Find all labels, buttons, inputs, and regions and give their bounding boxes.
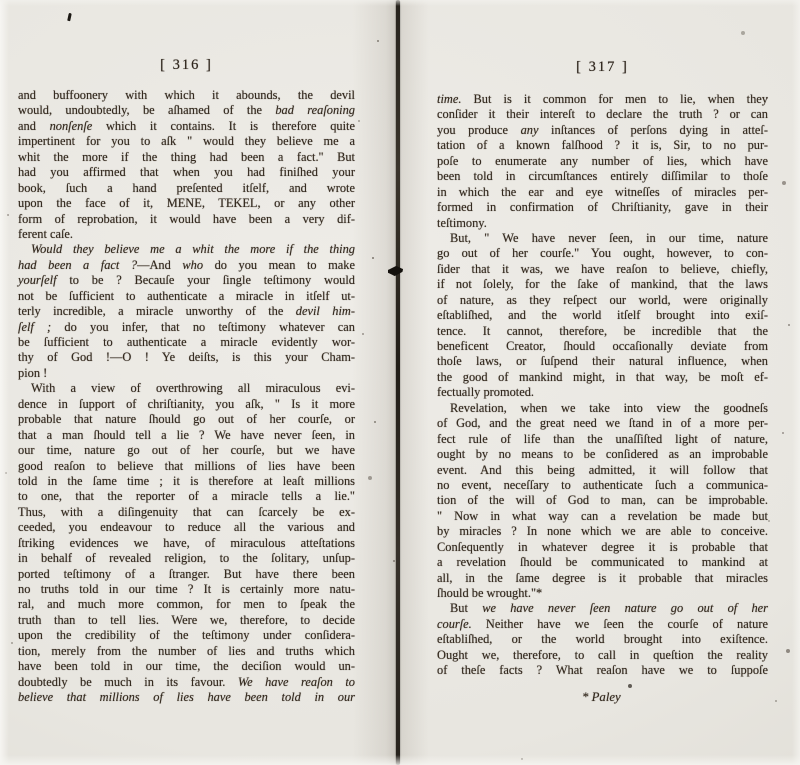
text-segment: to be ? Becauſe your ſingle teſtimony wo… bbox=[57, 273, 355, 287]
text-line: upon the credibility of the teſtimony un… bbox=[18, 628, 355, 643]
text-segment: fectually promoted. bbox=[437, 385, 534, 399]
text-line: poſe to enumerate any number of lies, wh… bbox=[437, 154, 768, 169]
italic-text-segment: we have never ſeen nature go out of her bbox=[482, 601, 768, 615]
text-line: tion, merely from the number of lies and… bbox=[18, 644, 355, 659]
text-segment: conſider it their intereſt to declare th… bbox=[437, 107, 768, 121]
text-line: tion of the will of God to man, can be i… bbox=[437, 493, 768, 508]
text-segment: ſhould be wrought."* bbox=[437, 586, 542, 600]
text-segment: truth than to tell lies. Were we, theref… bbox=[18, 613, 355, 627]
text-segment: ral, and much more common, for men to ſp… bbox=[18, 597, 355, 611]
text-segment: tence. It cannot, therefore, be incredib… bbox=[437, 324, 768, 338]
text-line: Ought we, therefore, to call in queſtion… bbox=[437, 648, 768, 663]
text-segment: ferent caſe. bbox=[18, 227, 73, 241]
scan-edge-right bbox=[792, 0, 800, 765]
text-segment: ought by no means to be conſidered as an… bbox=[437, 447, 768, 461]
text-line: upon the face of it, MENE, TEKEL, or any… bbox=[18, 196, 355, 211]
italic-text-segment: courſe. bbox=[437, 617, 472, 631]
text-segment: But bbox=[450, 601, 482, 615]
text-line: fectually promoted. bbox=[437, 385, 768, 400]
text-line: teſtimony. bbox=[437, 216, 768, 231]
text-line: in behalf of revealed religion, to the ſ… bbox=[18, 551, 355, 566]
text-line: have been told in our time, the deciſion… bbox=[18, 659, 355, 674]
text-line: Conſequently in whatever degree it is pr… bbox=[437, 540, 768, 555]
text-line: With a view of overthrowing all miraculo… bbox=[18, 381, 355, 396]
italic-text-segment: Would they believe me a whit the more if… bbox=[31, 242, 355, 256]
text-line: by miracles ? In none which we are able … bbox=[437, 524, 768, 539]
text-segment: no truths told in our time ? It is certa… bbox=[18, 582, 355, 596]
stray-ink-mark bbox=[67, 13, 72, 21]
text-line: no truths told in our time ? It is certa… bbox=[18, 582, 355, 597]
text-line: in which the ear and eye witneſſes of mi… bbox=[437, 185, 768, 200]
text-segment: tation of a known falſhood ? it is, Sir,… bbox=[437, 138, 768, 152]
text-line: eſtabliſhed, and the world itſelf brough… bbox=[437, 308, 768, 323]
text-line: ſhould be wrought."* bbox=[437, 586, 768, 601]
text-segment: in behalf of revealed religion, to the ſ… bbox=[18, 551, 355, 565]
text-line: pion ! bbox=[18, 366, 355, 381]
text-line: form of reprobation, it would have been … bbox=[18, 212, 355, 227]
page-edge-line bbox=[396, 0, 400, 765]
text-line: dence in ſupport of chriſtianity, you aſ… bbox=[18, 397, 355, 412]
text-segment: inſtances of perſons dying in atteſ- bbox=[539, 123, 768, 137]
text-line: you produce any inſtances of perſons dyi… bbox=[437, 123, 768, 138]
text-segment: of theſe facts ? What reaſon have we to … bbox=[437, 663, 768, 677]
text-segment: doubtedly be much in its favour. bbox=[18, 675, 238, 689]
text-line: all, in the ſame degree is it probable t… bbox=[437, 571, 768, 586]
text-line: event. And this being admitted, it will … bbox=[437, 463, 768, 478]
text-segment: But, " We have never ſeen, in our time, … bbox=[450, 231, 768, 245]
text-segment: would, undoubtedly, be aſhamed of the bbox=[18, 103, 275, 117]
text-segment: probable that nature ſhould go out of he… bbox=[18, 412, 355, 426]
text-line: " Now in what way can a revelation be ma… bbox=[437, 509, 768, 524]
text-line: conſider it their intereſt to declare th… bbox=[437, 107, 768, 122]
text-segment: to one, that the reporter of a miracle t… bbox=[18, 489, 355, 503]
text-line: ſider that it was, we have reaſon to bel… bbox=[437, 262, 768, 277]
text-segment: " Now in what way can a revelation be ma… bbox=[437, 509, 768, 523]
text-line: book, ſuch a hand preſented itſelf, and … bbox=[18, 181, 355, 196]
text-segment: beneficent Creator, ſhould occaſionally … bbox=[437, 339, 768, 353]
text-line: had you affirmed that when you had finiſ… bbox=[18, 165, 355, 180]
text-segment: that a man ſhould tell a lie ? We have n… bbox=[18, 428, 355, 442]
text-segment: Conſequently in whatever degree it is pr… bbox=[437, 540, 768, 554]
text-line: terly incredible, a miracle unworthy of … bbox=[18, 304, 355, 319]
gutter-shadow-right bbox=[401, 0, 429, 765]
text-segment: do you mean to make bbox=[203, 258, 355, 272]
text-segment: not be ſufficient to authenticate a mira… bbox=[18, 289, 355, 303]
text-segment: teſtimony. bbox=[437, 216, 487, 230]
italic-text-segment: bad reaſoning bbox=[275, 103, 355, 117]
text-line: thoſe laws, or ſuſpend their natural inf… bbox=[437, 354, 768, 369]
text-line: ferent caſe. bbox=[18, 227, 355, 242]
text-line: time. But is it common for men to lie, w… bbox=[437, 92, 768, 107]
text-segment: tion of the will of God to man, can be i… bbox=[437, 493, 768, 507]
text-line: of nature, as they reſpect our world, we… bbox=[437, 293, 768, 308]
text-segment: ſtriking evidences we have, of miraculou… bbox=[18, 536, 355, 550]
text-segment: the good of mankind might, in that way, … bbox=[437, 370, 768, 384]
scan-edge-left bbox=[0, 0, 9, 765]
text-line: Would they believe me a whit the more if… bbox=[18, 242, 355, 257]
text-segment: dence in ſupport of chriſtianity, you aſ… bbox=[18, 397, 355, 411]
text-line: to one, that the reporter of a miracle t… bbox=[18, 489, 355, 504]
italic-text-segment: believe that millions of lies have been … bbox=[18, 690, 355, 704]
text-segment: book, ſuch a hand preſented itſelf, and … bbox=[18, 181, 355, 195]
text-line: a revelation ſhould be communicated to m… bbox=[437, 555, 768, 570]
text-line: our time, nature go out of her courſe, b… bbox=[18, 443, 355, 458]
scan-edge-bottom bbox=[0, 755, 800, 765]
italic-text-segment: had been a fact ? bbox=[18, 258, 137, 272]
text-segment: eſtabliſhed, or the world brought into e… bbox=[437, 632, 768, 646]
text-segment: ſider that it was, we have reaſon to bel… bbox=[437, 262, 768, 276]
text-line: Thus, with a diſingenuity that can ſcarc… bbox=[18, 505, 355, 520]
text-segment: pion ! bbox=[18, 366, 47, 380]
italic-text-segment: yourſelf bbox=[18, 273, 57, 287]
text-line: not be ſufficient to authenticate a mira… bbox=[18, 289, 355, 304]
text-segment: of nature, as they reſpect our world, we… bbox=[437, 293, 768, 307]
text-segment: —And bbox=[137, 258, 182, 272]
text-line: told in the ſame time ; it is therefore … bbox=[18, 474, 355, 489]
text-line: of God, and the great need we ſtand in o… bbox=[437, 416, 768, 431]
text-segment: be ſufficient to authenticate a miracle … bbox=[18, 335, 355, 349]
text-line: ought by no means to be conſidered as an… bbox=[437, 447, 768, 462]
text-segment: eſtabliſhed, and the world itſelf brough… bbox=[437, 308, 768, 322]
text-segment: thoſe laws, or ſuſpend their natural inf… bbox=[437, 354, 768, 368]
text-segment: terly incredible, a miracle unworthy of … bbox=[18, 304, 296, 318]
text-line: believe that millions of lies have been … bbox=[18, 690, 355, 705]
text-segment: whit the more if the thing had been a fa… bbox=[18, 150, 355, 164]
paper-specks bbox=[0, 0, 2, 2]
text-segment: told in the ſame time ; it is therefore … bbox=[18, 474, 355, 488]
text-segment: go out of her courſe." You ought, howeve… bbox=[437, 246, 768, 260]
text-segment: Ought we, therefore, to call in queſtion… bbox=[437, 648, 768, 662]
page-number-316: [ 316 ] bbox=[18, 57, 355, 74]
text-line: impertinent for you to aſk " would they … bbox=[18, 134, 355, 149]
text-segment: impertinent for you to aſk " would they … bbox=[18, 134, 355, 148]
text-line: ral, and much more common, for men to ſp… bbox=[18, 597, 355, 612]
text-segment: you produce bbox=[437, 123, 521, 137]
footnote-paley: * Paley bbox=[437, 690, 768, 705]
text-segment: by miracles ? In none which we are able … bbox=[437, 524, 768, 538]
text-line: Revelation, when we take into view the g… bbox=[437, 401, 768, 416]
scan-edge-top bbox=[0, 0, 800, 6]
text-line: of theſe facts ? What reaſon have we to … bbox=[437, 663, 768, 678]
text-line: beneficent Creator, ſhould occaſionally … bbox=[437, 339, 768, 354]
text-segment: and buffoonery with which it abounds, th… bbox=[18, 88, 355, 102]
book-scan: [ 316 ] and buffoonery with which it abo… bbox=[0, 0, 800, 765]
text-segment: Thus, with a diſingenuity that can ſcarc… bbox=[18, 505, 355, 519]
text-line: and buffoonery with which it abounds, th… bbox=[18, 88, 355, 103]
text-segment: ceeded, you endeavour to reduce all the … bbox=[18, 520, 355, 534]
text-line: tation of a known falſhood ? it is, Sir,… bbox=[437, 138, 768, 153]
text-segment: thy of God !—O ! Ye deiſts, is this your… bbox=[18, 350, 355, 364]
text-line: eſtabliſhed, or the world brought into e… bbox=[437, 632, 768, 647]
text-line: courſe. Neither have we ſeen the courſe … bbox=[437, 617, 768, 632]
text-line: ſtriking evidences we have, of miraculou… bbox=[18, 536, 355, 551]
italic-text-segment: who bbox=[182, 258, 203, 272]
italic-text-segment: ſelf ; bbox=[18, 320, 51, 334]
text-segment: With a view of overthrowing all miraculo… bbox=[31, 381, 355, 395]
text-segment: But is it common for men to lie, when th… bbox=[461, 92, 768, 106]
text-line: had been a fact ?—And who do you mean to… bbox=[18, 258, 355, 273]
page-317-text-column: time. But is it common for men to lie, w… bbox=[437, 92, 768, 679]
italic-text-segment: nonſenſe bbox=[50, 119, 93, 133]
text-segment: no event, neceſſary to authenticate ſuch… bbox=[437, 478, 768, 492]
text-segment: all, in the ſame degree is it probable t… bbox=[437, 571, 768, 585]
text-segment: form of reprobation, it would have been … bbox=[18, 212, 355, 226]
text-line: tence. It cannot, therefore, be incredib… bbox=[437, 324, 768, 339]
text-line: But we have never ſeen nature go out of … bbox=[437, 601, 768, 616]
text-line: whit the more if the thing had been a fa… bbox=[18, 150, 355, 165]
text-line: ſelf ; do you infer, that no teſtimony w… bbox=[18, 320, 355, 335]
text-line: truth than to tell lies. Were we, theref… bbox=[18, 613, 355, 628]
text-line: thy of God !—O ! Ye deiſts, is this your… bbox=[18, 350, 355, 365]
text-segment: Revelation, when we take into view the g… bbox=[450, 401, 768, 415]
text-segment: ported teſtimony of a ſtranger. But have… bbox=[18, 567, 355, 581]
text-line: if not ſolely, for the ſake of mankind, … bbox=[437, 277, 768, 292]
text-line: doubtedly be much in its favour. We have… bbox=[18, 675, 355, 690]
text-line: be ſufficient to authenticate a miracle … bbox=[18, 335, 355, 350]
text-line: fect rule of life than the unaſſiſted li… bbox=[437, 432, 768, 447]
text-segment: do you infer, that no teſtimony whatever… bbox=[51, 320, 355, 334]
text-line: probable that nature ſhould go out of he… bbox=[18, 412, 355, 427]
text-segment: have been told in our time, the deciſion… bbox=[18, 659, 355, 673]
text-segment: had you affirmed that when you had finiſ… bbox=[18, 165, 355, 179]
text-line: ported teſtimony of a ſtranger. But have… bbox=[18, 567, 355, 582]
text-line: ceeded, you endeavour to reduce all the … bbox=[18, 520, 355, 535]
text-segment: in which the ear and eye witneſſes of mi… bbox=[437, 185, 768, 199]
gutter-shadow-left bbox=[352, 0, 397, 765]
text-line: and nonſenſe which it contains. It is th… bbox=[18, 119, 355, 134]
text-line: good reaſon to believe that millions of … bbox=[18, 459, 355, 474]
text-line: formed in confirmation of Chriſtianity, … bbox=[437, 200, 768, 215]
text-segment: upon the face of it, MENE, TEKEL, or any… bbox=[18, 196, 355, 210]
text-segment: formed in confirmation of Chriſtianity, … bbox=[437, 200, 768, 214]
italic-text-segment: devil him- bbox=[296, 304, 355, 318]
text-segment: poſe to enumerate any number of lies, wh… bbox=[437, 154, 768, 168]
text-line: go out of her courſe." You ought, howeve… bbox=[437, 246, 768, 261]
text-segment: event. And this being admitted, it will … bbox=[437, 463, 768, 477]
text-segment: which it contains. It is therefore quite bbox=[92, 119, 355, 133]
text-segment: of God, and the great need we ſtand in o… bbox=[437, 416, 768, 430]
text-segment: a revelation ſhould be communicated to m… bbox=[437, 555, 768, 569]
text-segment: Neither have we ſeen the courſe of natur… bbox=[472, 617, 768, 631]
text-segment: upon the credibility of the teſtimony un… bbox=[18, 628, 355, 642]
text-line: yourſelf to be ? Becauſe your ſingle teſ… bbox=[18, 273, 355, 288]
page-number-317: [ 317 ] bbox=[437, 59, 768, 76]
text-segment: tion, merely from the number of lies and… bbox=[18, 644, 355, 658]
text-line: that a man ſhould tell a lie ? We have n… bbox=[18, 428, 355, 443]
text-segment: our time, nature go out of her courſe, b… bbox=[18, 443, 355, 457]
text-segment: good reaſon to believe that millions of … bbox=[18, 459, 355, 473]
italic-text-segment: any bbox=[521, 123, 539, 137]
italic-text-segment: We have reaſon to bbox=[238, 675, 355, 689]
text-segment: been told in circumſtances entirely diſſ… bbox=[437, 169, 768, 183]
text-line: the good of mankind might, in that way, … bbox=[437, 370, 768, 385]
italic-text-segment: time. bbox=[437, 92, 461, 106]
page-316-text-column: and buffoonery with which it abounds, th… bbox=[18, 88, 355, 706]
text-segment: fect rule of life than the unaſſiſted li… bbox=[437, 432, 768, 446]
text-segment: and bbox=[18, 119, 50, 133]
text-line: no event, neceſſary to authenticate ſuch… bbox=[437, 478, 768, 493]
text-line: would, undoubtedly, be aſhamed of the ba… bbox=[18, 103, 355, 118]
text-line: been told in circumſtances entirely diſſ… bbox=[437, 169, 768, 184]
text-segment: if not ſolely, for the ſake of mankind, … bbox=[437, 277, 768, 291]
text-line: But, " We have never ſeen, in our time, … bbox=[437, 231, 768, 246]
